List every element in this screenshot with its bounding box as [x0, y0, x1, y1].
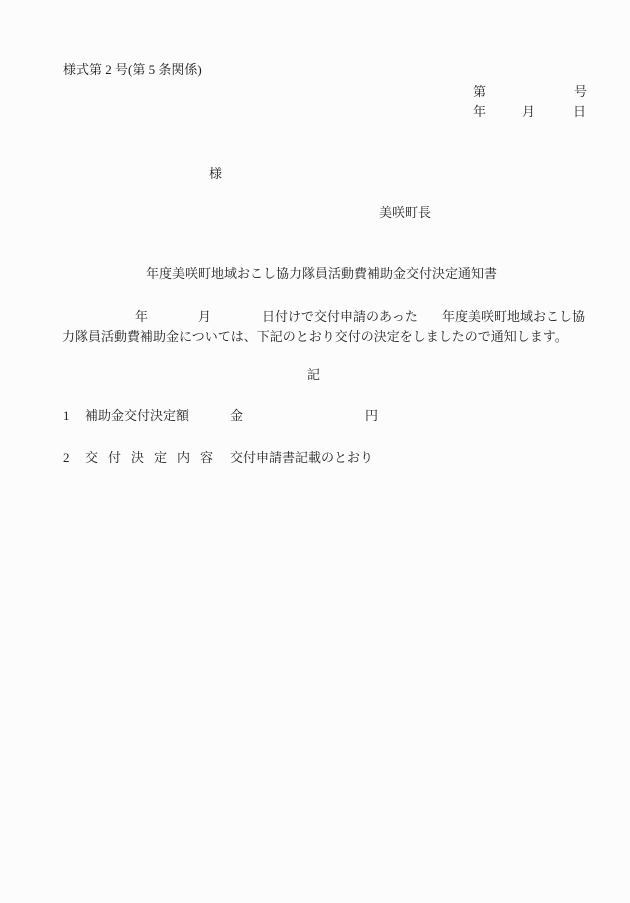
item-2-label: 交付決定内容: [85, 450, 223, 466]
date-year-label: 年: [473, 104, 486, 120]
document-title: 年度美咲町地域おこし協力隊員活動費補助金交付決定通知書: [146, 266, 497, 282]
date-month-label: 月: [522, 104, 535, 120]
doc-number-prefix: 第: [473, 84, 486, 100]
item-1-number: 1: [63, 408, 70, 424]
item-row-2: 2 交付決定内容 交付申請書記載のとおり: [0, 450, 630, 531]
item-1-label: 補助金交付決定額: [85, 408, 189, 424]
date-line: 年 月 日: [0, 104, 630, 185]
body-title-continuation: 年度美咲町地域おこし協: [442, 309, 585, 325]
form-number: 様式第 2 号(第 5 条関係): [63, 62, 202, 78]
item-1-value-suffix: 円: [365, 408, 378, 424]
body-line-1: 年 月 日付けで交付申請のあった 年度美咲町地域おこし協: [0, 309, 630, 407]
body-month-label: 月: [198, 309, 211, 325]
date-day-label: 日: [573, 104, 586, 120]
doc-number-suffix: 号: [574, 84, 587, 100]
body-day-phrase: 日付けで交付申請のあった: [262, 309, 418, 325]
document-page: 様式第 2 号(第 5 条関係) 第 号 年 月 日 様 美咲町長 年度美咲町地…: [0, 0, 630, 903]
item-2-value: 交付申請書記載のとおり: [230, 450, 373, 466]
body-year-label: 年: [135, 309, 148, 325]
sender-title: 美咲町長: [379, 205, 431, 221]
record-marker: 記: [307, 367, 320, 383]
body-line-2: 力隊員活動費補助金については、下記のとおり交付の決定をしましたので通知します。: [62, 329, 568, 345]
item-1-value-prefix: 金: [230, 408, 243, 424]
item-2-number: 2: [63, 450, 70, 466]
addressee-honorific: 様: [209, 166, 222, 182]
